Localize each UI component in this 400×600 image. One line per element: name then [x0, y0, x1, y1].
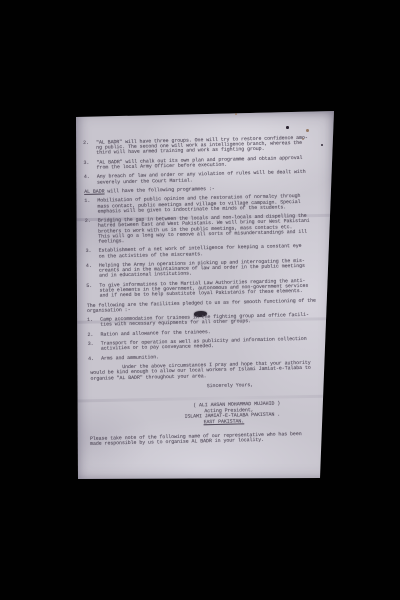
typewritten-letter-page: 7 2. "AL BADR" will have three groups. O… — [74, 110, 336, 482]
item-number: 2. — [83, 141, 96, 157]
item-text: Mobilisation of public opinion and the r… — [97, 194, 329, 215]
foxing-stain — [306, 129, 309, 132]
photo-background: 7 2. "AL BADR" will have three groups. O… — [0, 0, 400, 600]
programme-item-5: 5. To give informations to the Martial L… — [86, 278, 331, 299]
item-text: Helping the Army in operations in pickin… — [99, 258, 331, 279]
programmes-heading-lead: AL BADR — [84, 188, 104, 194]
closing-paragraph: Under the above circumstances I pray and… — [90, 360, 333, 381]
item-number: 3. — [83, 160, 96, 171]
item-text: To give informations to the Martial Law … — [99, 278, 331, 299]
programme-item-4: 4. Helping the Army in operations in pic… — [86, 258, 331, 279]
facility-item-3: 3. Transport for operation as well as pu… — [88, 336, 333, 352]
item-number: 1. — [87, 318, 100, 329]
programmes-heading-rest: will have the following programmes :- — [104, 186, 214, 195]
item-text: Bridging the gap in between the locals a… — [98, 213, 331, 244]
programme-item-1: 1. Mobilisation of public opinion and th… — [84, 194, 329, 215]
item-text: Camp accommodation for trainees in the f… — [100, 312, 332, 328]
ink-speck — [286, 126, 289, 129]
item-number: 4. — [84, 175, 97, 186]
intro-item-2: 2. "AL BADR" will have three groups. One… — [83, 135, 328, 156]
page-number-mark: 7 — [80, 112, 83, 118]
item-number: 5. — [86, 283, 99, 299]
intro-item-4: 4. Any breach of law and order or any vi… — [84, 170, 329, 186]
item-number: 3. — [88, 342, 101, 353]
item-text: Transport for operation as well as publi… — [101, 336, 333, 352]
footer-note: Please take note of the following name o… — [90, 431, 335, 447]
item-text: "AL BADR" will have three groups. One wi… — [96, 135, 328, 156]
item-number: 1. — [84, 199, 97, 215]
valediction: Sincerely Yours, — [207, 381, 334, 389]
item-text: Any breach of law and order or any viola… — [97, 170, 329, 186]
item-number: 4. — [86, 264, 99, 280]
facility-item-1: 1. Camp accommodation for trainees in th… — [87, 312, 332, 328]
item-number: 4. — [88, 356, 101, 362]
programme-item-2: 2. Bridging the gap in between the local… — [85, 213, 331, 245]
item-number: 2. — [87, 332, 100, 338]
foxing-stain — [235, 113, 237, 115]
item-number: 2. — [85, 219, 99, 245]
item-number: 3. — [86, 249, 99, 260]
letter-body: 2. "AL BADR" will have three groups. One… — [83, 135, 335, 447]
